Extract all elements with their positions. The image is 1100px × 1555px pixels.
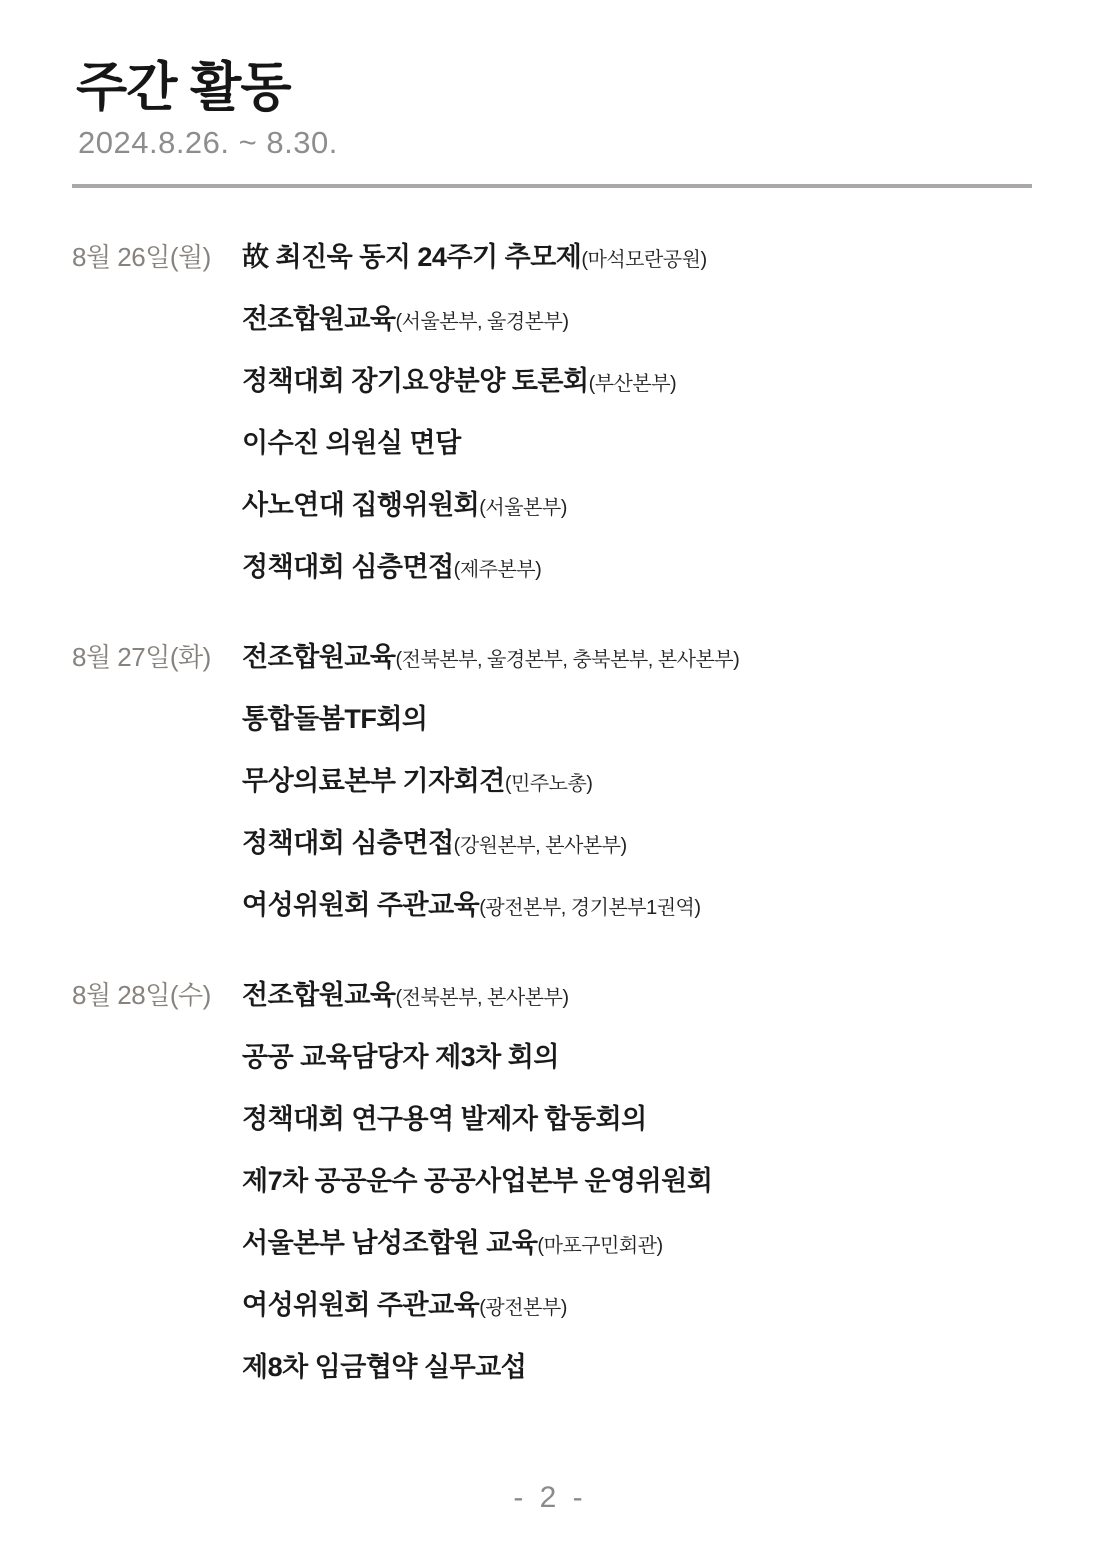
schedule-item-title: 정책대회 장기요양분양 토론회 xyxy=(242,364,589,398)
day-items: 전조합원교육(전북본부, 울경본부, 충북본부, 본사본부)통합돌봄TF회의무상… xyxy=(242,640,1052,950)
day-section: 8월 27일(화)전조합원교육(전북본부, 울경본부, 충북본부, 본사본부)통… xyxy=(72,640,1052,950)
schedule-item-title: 제8차 임금협약 실무교섭 xyxy=(242,1350,526,1384)
header-divider xyxy=(72,184,1032,188)
schedule-item-location: (강원본부, 본사본부) xyxy=(454,829,627,858)
schedule-item-title: 정책대회 심층면접 xyxy=(242,826,454,860)
schedule-item-title: 故 최진욱 동지 24주기 추모제 xyxy=(242,240,581,274)
schedule-item: 정책대회 심층면접(제주본부) xyxy=(242,550,1052,584)
day-items: 전조합원교육(전북본부, 본사본부)공공 교육담당자 제3차 회의정책대회 연구… xyxy=(242,978,1052,1412)
schedule-item-title: 여성위원회 주관교육 xyxy=(242,1288,479,1322)
date-range-subtitle: 2024.8.26. ~ 8.30. xyxy=(78,125,338,161)
schedule-item: 정책대회 장기요양분양 토론회(부산본부) xyxy=(242,364,1052,398)
page-number: - 2 - xyxy=(0,1481,1100,1515)
schedule-item-location: (마석모란공원) xyxy=(581,243,706,272)
schedule-item-title: 정책대회 연구용역 발제자 합동회의 xyxy=(242,1102,647,1136)
schedule-item-title: 제7차 공공운수 공공사업본부 운영위원회 xyxy=(242,1164,712,1198)
document-page: 주간 활동 2024.8.26. ~ 8.30. 8월 26일(월)故 최진욱 … xyxy=(0,0,1100,1555)
schedule-item-location: (제주본부) xyxy=(454,553,542,582)
schedule-item-location: (마포구민회관) xyxy=(537,1229,662,1258)
schedule-item: 제8차 임금협약 실무교섭 xyxy=(242,1350,1052,1384)
schedule-item: 정책대회 심층면접(강원본부, 본사본부) xyxy=(242,826,1052,860)
schedule-item: 여성위원회 주관교육(광전본부, 경기본부1권역) xyxy=(242,888,1052,922)
schedule-item-title: 사노연대 집행위원회 xyxy=(242,488,479,522)
schedule-item-location: (전북본부, 본사본부) xyxy=(396,981,569,1010)
schedule-item: 공공 교육담당자 제3차 회의 xyxy=(242,1040,1052,1074)
schedule-item: 사노연대 집행위원회(서울본부) xyxy=(242,488,1052,522)
day-date-label: 8월 26일(월) xyxy=(72,240,242,274)
day-date-label: 8월 27일(화) xyxy=(72,640,242,674)
day-section: 8월 28일(수)전조합원교육(전북본부, 본사본부)공공 교육담당자 제3차 … xyxy=(72,978,1052,1412)
schedule-item: 정책대회 연구용역 발제자 합동회의 xyxy=(242,1102,1052,1136)
schedule-item-location: (민주노총) xyxy=(505,767,593,796)
schedule-item-location: (서울본부, 울경본부) xyxy=(396,305,569,334)
schedule-item: 통합돌봄TF회의 xyxy=(242,702,1052,736)
schedule-item-title: 전조합원교육 xyxy=(242,302,396,336)
schedule-item-title: 이수진 의원실 면담 xyxy=(242,426,461,460)
schedule-item-title: 전조합원교육 xyxy=(242,640,396,674)
day-date-label: 8월 28일(수) xyxy=(72,978,242,1012)
schedule-item-location: (광전본부) xyxy=(479,1291,567,1320)
weekly-schedule: 8월 26일(월)故 최진욱 동지 24주기 추모제(마석모란공원)전조합원교육… xyxy=(72,240,1052,1440)
schedule-item-title: 여성위원회 주관교육 xyxy=(242,888,479,922)
schedule-item: 무상의료본부 기자회견(민주노총) xyxy=(242,764,1052,798)
schedule-item: 전조합원교육(전북본부, 울경본부, 충북본부, 본사본부) xyxy=(242,640,1052,674)
schedule-item: 제7차 공공운수 공공사업본부 운영위원회 xyxy=(242,1164,1052,1198)
schedule-item-title: 통합돌봄TF회의 xyxy=(242,702,427,736)
schedule-item-title: 서울본부 남성조합원 교육 xyxy=(242,1226,537,1260)
schedule-item: 이수진 의원실 면담 xyxy=(242,426,1052,460)
schedule-item-title: 무상의료본부 기자회견 xyxy=(242,764,505,798)
page-title: 주간 활동 xyxy=(76,58,338,119)
schedule-item-title: 공공 교육담당자 제3차 회의 xyxy=(242,1040,559,1074)
schedule-item: 여성위원회 주관교육(광전본부) xyxy=(242,1288,1052,1322)
day-items: 故 최진욱 동지 24주기 추모제(마석모란공원)전조합원교육(서울본부, 울경… xyxy=(242,240,1052,612)
day-section: 8월 26일(월)故 최진욱 동지 24주기 추모제(마석모란공원)전조합원교육… xyxy=(72,240,1052,612)
schedule-item: 전조합원교육(서울본부, 울경본부) xyxy=(242,302,1052,336)
schedule-item: 故 최진욱 동지 24주기 추모제(마석모란공원) xyxy=(242,240,1052,274)
schedule-item: 전조합원교육(전북본부, 본사본부) xyxy=(242,978,1052,1012)
schedule-item-location: (부산본부) xyxy=(589,367,677,396)
schedule-item-title: 전조합원교육 xyxy=(242,978,396,1012)
schedule-item-location: (전북본부, 울경본부, 충북본부, 본사본부) xyxy=(396,643,740,672)
document-header: 주간 활동 2024.8.26. ~ 8.30. xyxy=(76,58,338,161)
schedule-item: 서울본부 남성조합원 교육(마포구민회관) xyxy=(242,1226,1052,1260)
schedule-item-title: 정책대회 심층면접 xyxy=(242,550,454,584)
schedule-item-location: (광전본부, 경기본부1권역) xyxy=(479,891,700,920)
schedule-item-location: (서울본부) xyxy=(479,491,567,520)
